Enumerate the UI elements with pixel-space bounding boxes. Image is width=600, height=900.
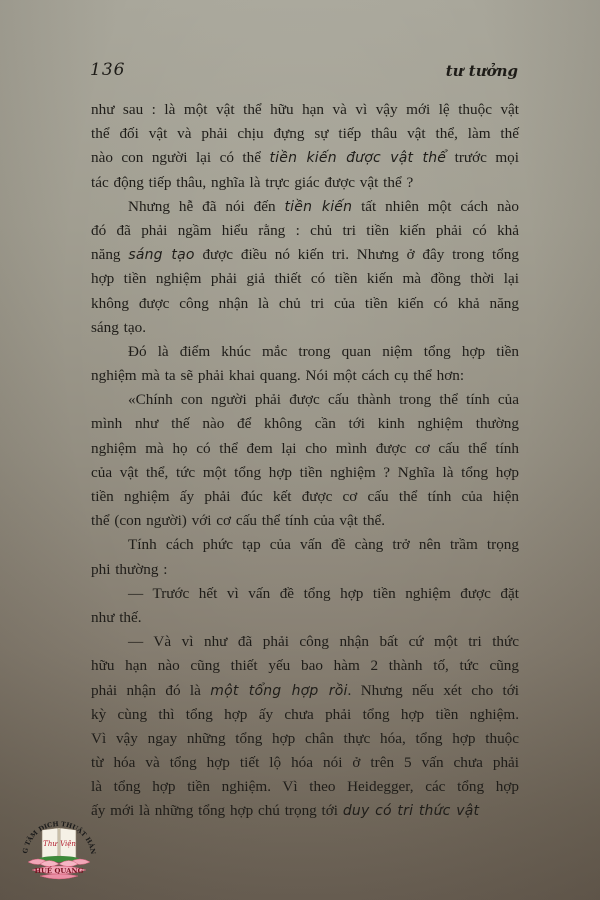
text-line: kỳ cùng thì tổng hợp ấy chưa phải tổng h… xyxy=(91,703,519,727)
text-line: phải nhận đó là một tổng hợp rồi. Nhưng … xyxy=(91,679,519,703)
text-run: từ hóa và tổng hợp tiết lộ hóa nói ở trê… xyxy=(91,754,519,771)
running-head: 136 tư tưởng xyxy=(88,60,520,86)
italic-phrase: tiền kiến được vật thể xyxy=(269,150,446,166)
text-run: thể đối vật và phải chịu đựng sự tiếp th… xyxy=(91,125,519,142)
text-line: nghiệm mà họ có thể đem lại cho mình đượ… xyxy=(91,437,519,461)
text-run: trước mọi xyxy=(446,149,519,166)
text-line: nghiệm mà ta sẽ phải khai quang. Nói một… xyxy=(91,364,519,388)
text-line: tác động tiếp thâu, nghĩa là trực giác đ… xyxy=(91,171,519,195)
body-text: như sau : là một vật thể hữu hạn và vì v… xyxy=(91,98,519,824)
text-run: ấy mới là những tổng hợp chú trọng tới xyxy=(91,802,343,819)
text-run: nghiệm mà họ có thể đem lại cho mình đượ… xyxy=(91,440,519,457)
text-run: nào con người lại có thể xyxy=(91,149,269,166)
text-run: nghiệm mà ta sẽ phải khai quang. Nói một… xyxy=(91,367,464,384)
text-line: thể đối vật và phải chịu đựng sự tiếp th… xyxy=(91,122,519,146)
text-line: nào con người lại có thể tiền kiến được … xyxy=(91,146,519,170)
text-line: như thế. xyxy=(91,606,519,630)
italic-phrase: duy có tri thức vật xyxy=(343,803,479,819)
book-icon: Thư Viện xyxy=(42,828,76,858)
svg-text:Thư: Thư xyxy=(43,840,58,848)
text-line: — Và vì như đã phải công nhận bất cứ một… xyxy=(91,630,519,654)
text-run: — Và vì như đã phải công nhận bất cứ một… xyxy=(128,633,519,650)
text-run: phải nhận đó là xyxy=(91,682,210,699)
paragraph: Tính cách phức tạp của vấn đề càng trở n… xyxy=(91,533,519,581)
huequang-logo: TRUNG TÂM DỊCH THUẬT HÁN NÔM Thư Viện HU… xyxy=(18,812,100,884)
text-line: hợp tiền nghiệm phải giả thiết có tiền k… xyxy=(91,267,519,291)
text-run: tiền nghiệm ấy phải đúc kết được cơ cấu … xyxy=(91,488,519,505)
paragraph: — Trước hết vì vấn đề tổng hợp tiền nghi… xyxy=(91,582,519,630)
text-line: Nhưng hễ đã nói đến tiền kiến tất nhiên … xyxy=(91,195,519,219)
text-run: — Trước hết vì vấn đề tổng hợp tiền nghi… xyxy=(128,585,519,602)
text-line: hữu hạn nào cũng thiết yếu bao hàm 2 thà… xyxy=(91,654,519,678)
text-line: năng sáng tạo được điều nó kiến tri. Như… xyxy=(91,243,519,267)
text-line: phi thường : xyxy=(91,558,519,582)
text-line: thể (con người) với cơ cấu thể tính của … xyxy=(91,509,519,533)
text-line: sáng tạo. xyxy=(91,316,519,340)
text-run: Đó là điểm khúc mắc trong quan niệm tổng… xyxy=(128,343,519,360)
text-run: không được công nhận là chủ tri của tiền… xyxy=(91,295,519,312)
text-run: tất nhiên một cách nào xyxy=(352,198,519,215)
text-run: sáng tạo. xyxy=(91,319,146,336)
text-line: — Trước hết vì vấn đề tổng hợp tiền nghi… xyxy=(91,582,519,606)
text-run: tác động tiếp thâu, nghĩa là trực giác đ… xyxy=(91,174,413,191)
paragraph: Nhưng hễ đã nói đến tiền kiến tất nhiên … xyxy=(91,195,519,340)
text-run: đó đã phải ngầm hiểu rằng : chủ tri tiền… xyxy=(91,222,519,239)
text-line: đó đã phải ngầm hiểu rằng : chủ tri tiền… xyxy=(91,219,519,243)
text-line: Tính cách phức tạp của vấn đề càng trở n… xyxy=(91,533,519,557)
text-line: «Chính con người phải được cấu thành tro… xyxy=(91,388,519,412)
text-line: của vật thể, tức một tổng hợp tiền nghiệ… xyxy=(91,461,519,485)
text-run: . Nhưng nếu xét cho tới xyxy=(348,682,519,699)
italic-phrase: sáng tạo xyxy=(128,247,194,263)
paragraph: — Và vì như đã phải công nhận bất cứ một… xyxy=(91,630,519,824)
text-line: ấy mới là những tổng hợp chú trọng tới d… xyxy=(91,799,519,823)
text-run: hợp tiền nghiệm phải giả thiết có tiền k… xyxy=(91,270,519,287)
text-run: «Chính con người phải được cấu thành tro… xyxy=(128,391,519,408)
italic-phrase: tiền kiến xyxy=(284,199,352,215)
running-title: tư tưởng xyxy=(446,62,518,80)
text-line: không được công nhận là chủ tri của tiền… xyxy=(91,292,519,316)
logo-name: HUẾ QUANG xyxy=(35,865,84,875)
paragraph: «Chính con người phải được cấu thành tro… xyxy=(91,388,519,533)
text-run: được điều nó kiến tri. Nhưng ở đây trong… xyxy=(195,246,519,263)
text-run: thể (con người) với cơ cấu thể tính của … xyxy=(91,512,385,529)
text-run: phi thường : xyxy=(91,561,167,578)
text-run: hữu hạn nào cũng thiết yếu bao hàm 2 thà… xyxy=(91,657,519,674)
lotus-book-logo-icon: TRUNG TÂM DỊCH THUẬT HÁN NÔM Thư Viện HU… xyxy=(18,812,100,884)
text-run: như sau : là một vật thể hữu hạn và vì v… xyxy=(91,101,519,118)
text-line: Vì vậy ngay những tổng hợp chân thực hóa… xyxy=(91,727,519,751)
text-line: là tổng hợp tiền nghiệm. Vì theo Heidegg… xyxy=(91,775,519,799)
text-run: của vật thể, tức một tổng hợp tiền nghiệ… xyxy=(91,464,519,481)
paragraph: Đó là điểm khúc mắc trong quan niệm tổng… xyxy=(91,340,519,388)
text-line: như sau : là một vật thể hữu hạn và vì v… xyxy=(91,98,519,122)
paragraph: như sau : là một vật thể hữu hạn và vì v… xyxy=(91,98,519,195)
text-run: như thế. xyxy=(91,609,142,626)
svg-text:Viện: Viện xyxy=(60,840,76,848)
text-line: từ hóa và tổng hợp tiết lộ hóa nói ở trê… xyxy=(91,751,519,775)
text-line: Đó là điểm khúc mắc trong quan niệm tổng… xyxy=(91,340,519,364)
text-line: mình như thế nào để không cần tới kinh n… xyxy=(91,412,519,436)
text-run: Vì vậy ngay những tổng hợp chân thực hóa… xyxy=(91,730,519,747)
text-run: mình như thế nào để không cần tới kinh n… xyxy=(91,415,519,432)
italic-phrase: một tổng hợp rồi xyxy=(210,683,347,699)
text-run: kỳ cùng thì tổng hợp ấy chưa phải tổng h… xyxy=(91,706,519,723)
text-line: tiền nghiệm ấy phải đúc kết được cơ cấu … xyxy=(91,485,519,509)
text-run: năng xyxy=(91,246,128,263)
text-run: Tính cách phức tạp của vấn đề càng trở n… xyxy=(128,536,519,553)
text-run: là tổng hợp tiền nghiệm. Vì theo Heidegg… xyxy=(91,778,519,795)
text-run: Nhưng hễ đã nói đến xyxy=(128,198,284,215)
page-number: 136 xyxy=(90,60,125,80)
